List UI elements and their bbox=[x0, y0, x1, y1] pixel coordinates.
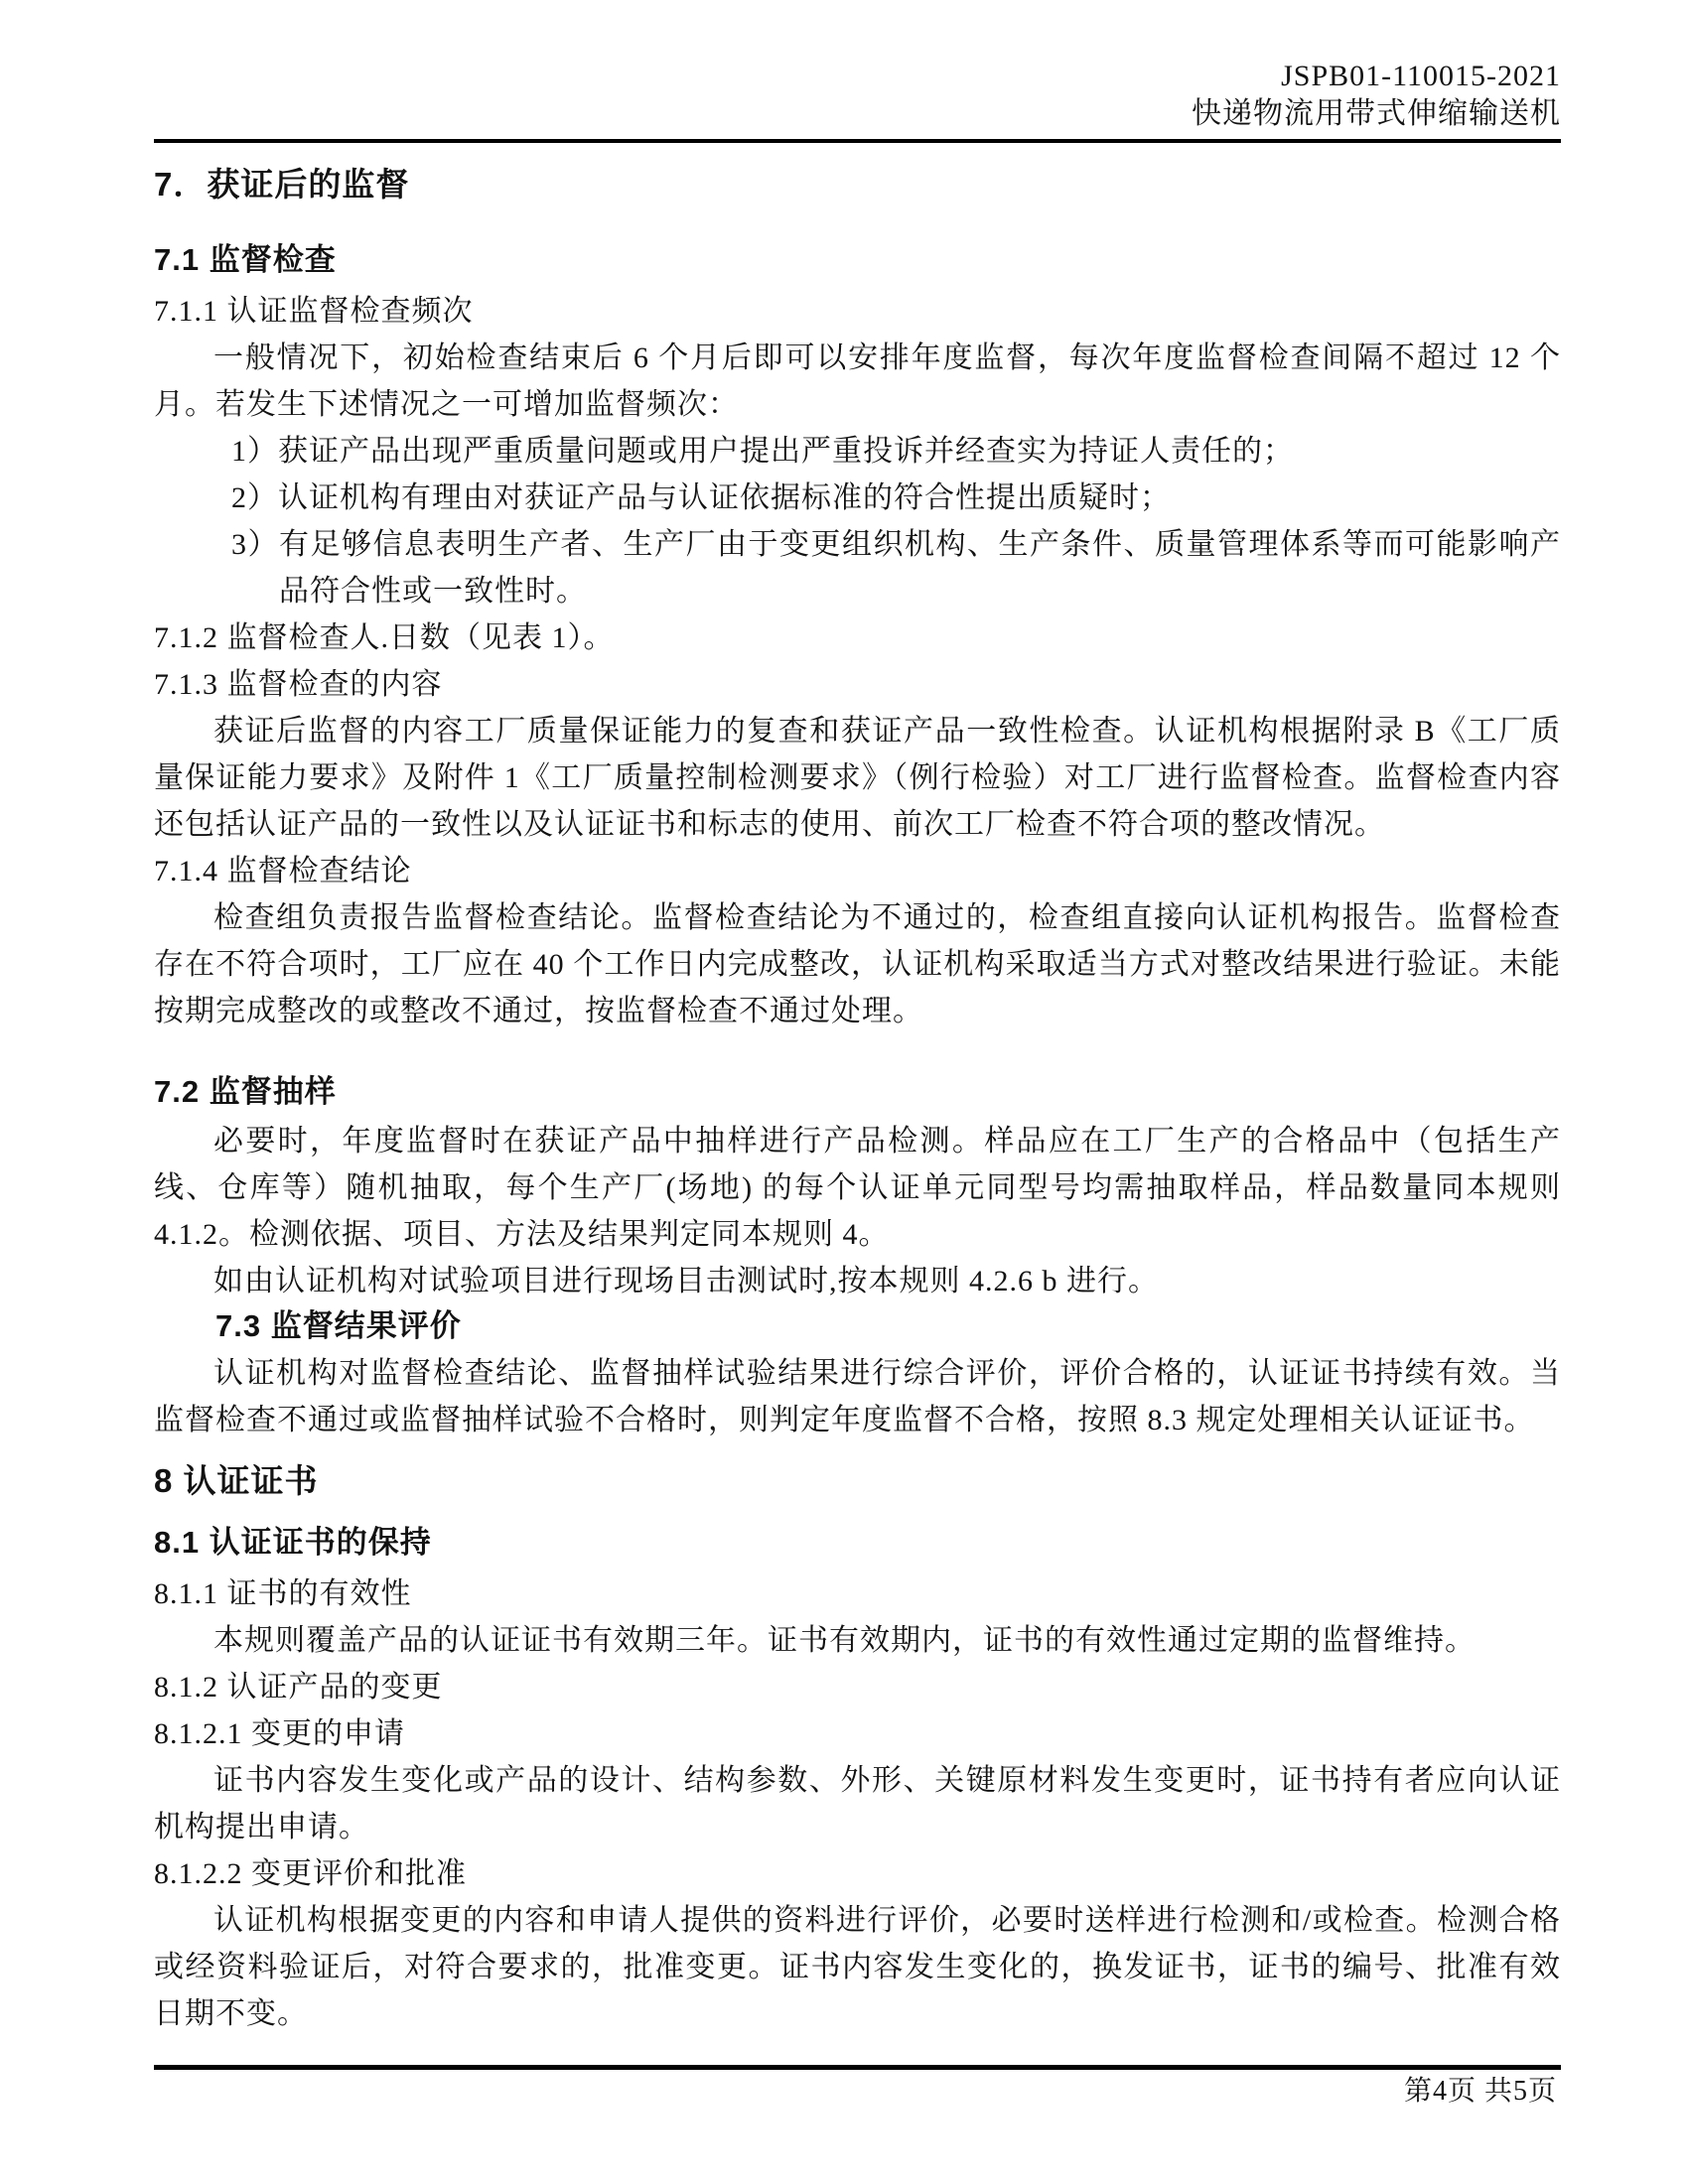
document-page: JSPB01-110015-2021 快递物流用带式伸缩输送机 7．获证后的监督… bbox=[0, 0, 1688, 2184]
list-item: 1）获证产品出现严重质量问题或用户提出严重投诉并经查实为持证人责任的； bbox=[231, 428, 1561, 475]
heading-8-1-2-2: 8.1.2.2 变更评价和批准 bbox=[154, 1850, 1561, 1897]
para-7-1-4: 检查组负责报告监督检查结论。监督检查结论为不通过的，检查组直接向认证机构报告。监… bbox=[154, 894, 1561, 1034]
page-header: JSPB01-110015-2021 快递物流用带式伸缩输送机 bbox=[154, 58, 1561, 133]
para-8-1-1: 本规则覆盖产品的认证证书有效期三年。证书有效期内，证书的有效性通过定期的监督维持… bbox=[154, 1617, 1561, 1664]
footer-rule bbox=[154, 2065, 1561, 2070]
heading-7-1: 7.1 监督检查 bbox=[154, 240, 1561, 280]
list-item: 3）有足够信息表明生产者、生产厂由于变更组织机构、生产条件、质量管理体系等而可能… bbox=[231, 521, 1561, 614]
heading-7-1-3: 7.1.3 监督检查的内容 bbox=[154, 661, 1561, 708]
doc-number: JSPB01-110015-2021 bbox=[154, 58, 1561, 95]
heading-7-3: 7.3 监督结果评价 bbox=[215, 1306, 1561, 1346]
para-7-1-1: 一般情况下，初始检查结束后 6 个月后即可以安排年度监督，每次年度监督检查间隔不… bbox=[154, 335, 1561, 428]
heading-7: 7．获证后的监督 bbox=[154, 165, 1561, 205]
heading-7-1-1: 7.1.1 认证监督检查频次 bbox=[154, 288, 1561, 335]
para-7-1-3: 获证后监督的内容工厂质量保证能力的复查和获证产品一致性检查。认证机构根据附录 B… bbox=[154, 708, 1561, 848]
page-number: 第4页 共5页 bbox=[1404, 2075, 1557, 2109]
para-7-2-1: 必要时，年度监督时在获证产品中抽样进行产品检测。样品应在工厂生产的合格品中（包括… bbox=[154, 1118, 1561, 1258]
list-item: 2）认证机构有理由对获证产品与认证依据标准的符合性提出质疑时； bbox=[231, 475, 1561, 521]
doc-title: 快递物流用带式伸缩输送机 bbox=[154, 95, 1561, 133]
list-7-1-1: 1）获证产品出现严重质量问题或用户提出严重投诉并经查实为持证人责任的； 2）认证… bbox=[231, 428, 1561, 614]
para-7-2-2: 如由认证机构对试验项目进行现场目击测试时,按本规则 4.2.6 b 进行。 bbox=[154, 1258, 1561, 1304]
heading-7-2: 7.2 监督抽样 bbox=[154, 1072, 1561, 1112]
heading-8-1-2-1: 8.1.2.1 变更的申请 bbox=[154, 1710, 1561, 1757]
heading-8-1-1: 8.1.1 证书的有效性 bbox=[154, 1570, 1561, 1617]
heading-8-1: 8.1 认证证书的保持 bbox=[154, 1523, 1561, 1563]
para-8-1-2-2: 认证机构根据变更的内容和申请人提供的资料进行评价，必要时送样进行检测和/或检查。… bbox=[154, 1897, 1561, 2037]
heading-8: 8 认证证书 bbox=[154, 1461, 1561, 1501]
header-rule bbox=[154, 139, 1561, 143]
heading-8-1-2: 8.1.2 认证产品的变更 bbox=[154, 1664, 1561, 1710]
para-8-1-2-1: 证书内容发生变化或产品的设计、结构参数、外形、关键原材料发生变更时，证书持有者应… bbox=[154, 1757, 1561, 1850]
para-7-3: 认证机构对监督检查结论、监督抽样试验结果进行综合评价，评价合格的，认证证书持续有… bbox=[154, 1350, 1561, 1443]
heading-7-1-2: 7.1.2 监督检查人.日数（见表 1）。 bbox=[154, 614, 1561, 661]
heading-7-1-4: 7.1.4 监督检查结论 bbox=[154, 848, 1561, 894]
